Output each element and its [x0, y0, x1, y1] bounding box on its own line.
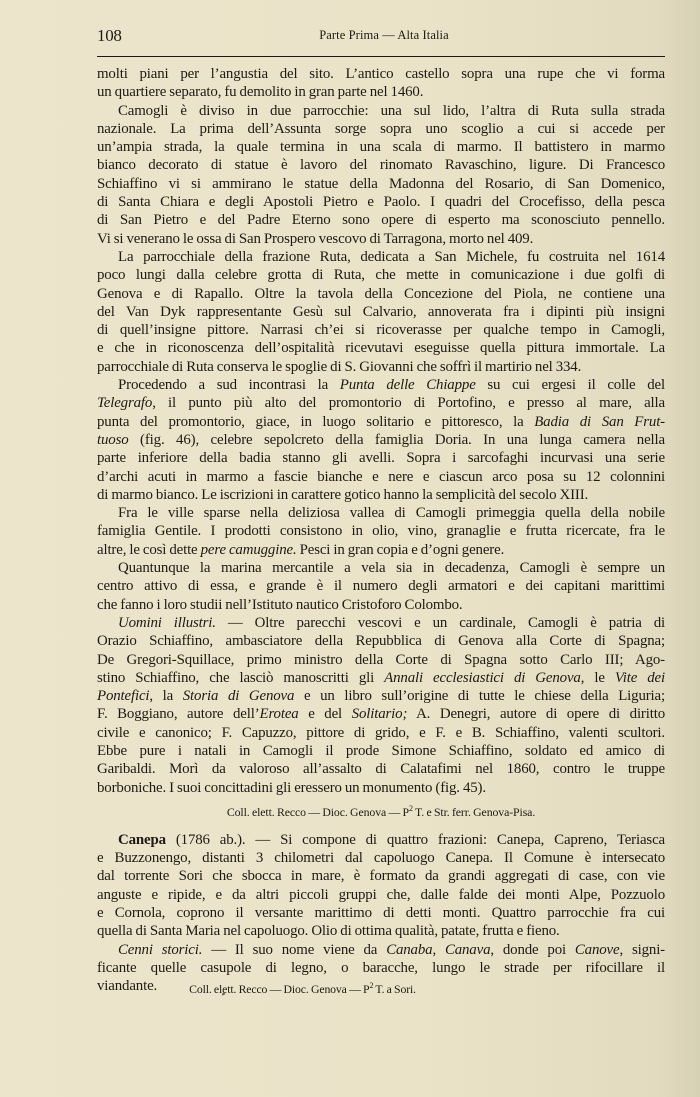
text-line: e che in riconoscenza dell’ospitalità ri…	[97, 339, 665, 357]
text-line: dal torrente Sori che sbocca in mare, è …	[97, 867, 665, 885]
header-rule	[97, 56, 665, 57]
text-line: un quartiere separato, fu demolito in gr…	[97, 83, 665, 101]
text-line: Telegrafo, il punto più alto del promont…	[97, 394, 665, 412]
text-line: viandante. Coll. elett. Recco — Dioc. Ge…	[97, 977, 665, 998]
text-line: famiglia Gentile. I prodotti consistono …	[97, 522, 665, 540]
text-line: Schiaffino vi si ammirano le statue dell…	[97, 175, 665, 193]
text-line: di San Pietro e del Padre Eterno sono op…	[97, 211, 665, 229]
text-line: Garibaldi. Morì da valoroso all’assalto …	[97, 760, 665, 778]
text-line: parrocchiale di Ruta conserva le spoglie…	[97, 358, 665, 376]
paragraph-camogli-parishes: Camogli è diviso in due parrocchie: una …	[97, 102, 665, 248]
text-line: e Buzzonengo, distanti 3 chilometri dal …	[97, 849, 665, 867]
text-line: ficante quelle casupole di legno, o bara…	[97, 959, 665, 977]
text-line: e Cornola, coprono il versante marittimo…	[97, 904, 665, 922]
paragraph-canepa: Canepa (1786 ab.). — Si compone di quatt…	[97, 831, 665, 941]
text-line: Procedendo a sud incontrasi la Punta del…	[97, 376, 665, 394]
text-line: molti piani per l’angustia del sito. L’a…	[97, 65, 665, 83]
text-line: anguste e ripide, e da altri piccoli gru…	[97, 886, 665, 904]
text-line: Vi si venerano le ossa di San Prospero v…	[97, 230, 665, 248]
text-line: d’archi acuti in marmo a fascie bianche …	[97, 468, 665, 486]
text-line: un’ampia strada, la quale termina in una…	[97, 138, 665, 156]
page-body: molti piani per l’angustia del sito. L’a…	[97, 65, 665, 999]
running-head: Parte Prima — Alta Italia	[97, 28, 665, 43]
text-line: Cenni storici. — Il suo nome viene da Ca…	[97, 941, 665, 959]
text-line: nazionale. La prima dell’Assunta sorge s…	[97, 120, 665, 138]
text-line: Ebbe pure i natali in Camogli il prode S…	[97, 742, 665, 760]
paragraph-merchant-marine: Quantunque la marina mercantile a vela s…	[97, 559, 665, 614]
text-line: di quell’insigne pittore. Narrasi ch’ei …	[97, 321, 665, 339]
paragraph-san-fruttuoso: Procedendo a sud incontrasi la Punta del…	[97, 376, 665, 504]
text-line: quella di Santa Maria nel capoluogo. Oli…	[97, 922, 665, 940]
paragraph-ruta-parish: La parrocchiale della frazione Ruta, ded…	[97, 248, 665, 376]
text-line: borboniche. I suoi concittadini gli eres…	[97, 779, 665, 797]
text-line: di marmo bianco. Le iscrizioni in caratt…	[97, 486, 665, 504]
paragraph-illustrious-men: Uomini illustri. — Oltre parecchi vescov…	[97, 614, 665, 797]
text-line: di Santa Chiara e degli Apostoli Pietro …	[97, 193, 665, 211]
paragraph-canepa-history: Cenni storici. — Il suo nome viene da Ca…	[97, 941, 665, 999]
text-line: Fra le ville sparse nella deliziosa vall…	[97, 504, 665, 522]
text-line: parte inferiore della badia stanno gli a…	[97, 449, 665, 467]
text-line: bianco decorato di statue è lavoro del r…	[97, 156, 665, 174]
text-line: La parrocchiale della frazione Ruta, ded…	[97, 248, 665, 266]
text-line: Uomini illustri. — Oltre parecchi vescov…	[97, 614, 665, 632]
camogli-admin-note: Coll. elett. Recco — Dioc. Genova — P2 T…	[97, 800, 665, 821]
text-line: tuoso (fig. 46), celebre sepolcreto dell…	[97, 431, 665, 449]
text-line: F. Boggiano, autore dell’Erotea e del So…	[97, 705, 665, 723]
paragraph-villas-products: Fra le ville sparse nella deliziosa vall…	[97, 504, 665, 559]
text-line: Canepa (1786 ab.). — Si compone di quatt…	[97, 831, 665, 849]
text-line: Quantunque la marina mercantile a vela s…	[97, 559, 665, 577]
entry-title-canepa: Canepa	[118, 832, 166, 848]
page-header: 108 Parte Prima — Alta Italia	[97, 26, 665, 48]
text-line: del Van Dyk rappresentante Gesù sul Calv…	[97, 303, 665, 321]
text-line: De Gregori-Squillace, primo ministro del…	[97, 651, 665, 669]
text-line: Orazio Schiaffino, ambasciatore della Re…	[97, 632, 665, 650]
text-line: altre, le così dette pere camuggine. Pes…	[97, 541, 665, 559]
text-line: stino Schiaffino, che lasciò manoscritti…	[97, 669, 665, 687]
paragraph-camogli-castle: molti piani per l’angustia del sito. L’a…	[97, 65, 665, 102]
text-line: poco lungi dalla celebre grotta di Ruta,…	[97, 266, 665, 284]
text-line: centro attivo di essa, e grande è il num…	[97, 577, 665, 595]
text-line: civile e canonico; F. Capuzzo, pittore d…	[97, 724, 665, 742]
text-line: che fanno i loro studii nell’Istituto na…	[97, 596, 665, 614]
text-line: Camogli è diviso in due parrocchie: una …	[97, 102, 665, 120]
text-line: punta del promontorio, giace, in luogo s…	[97, 413, 665, 431]
text-line: Pontefici, la Storia di Genova e un libr…	[97, 687, 665, 705]
text-line: Genova e di Rapallo. Oltre la tavola del…	[97, 285, 665, 303]
